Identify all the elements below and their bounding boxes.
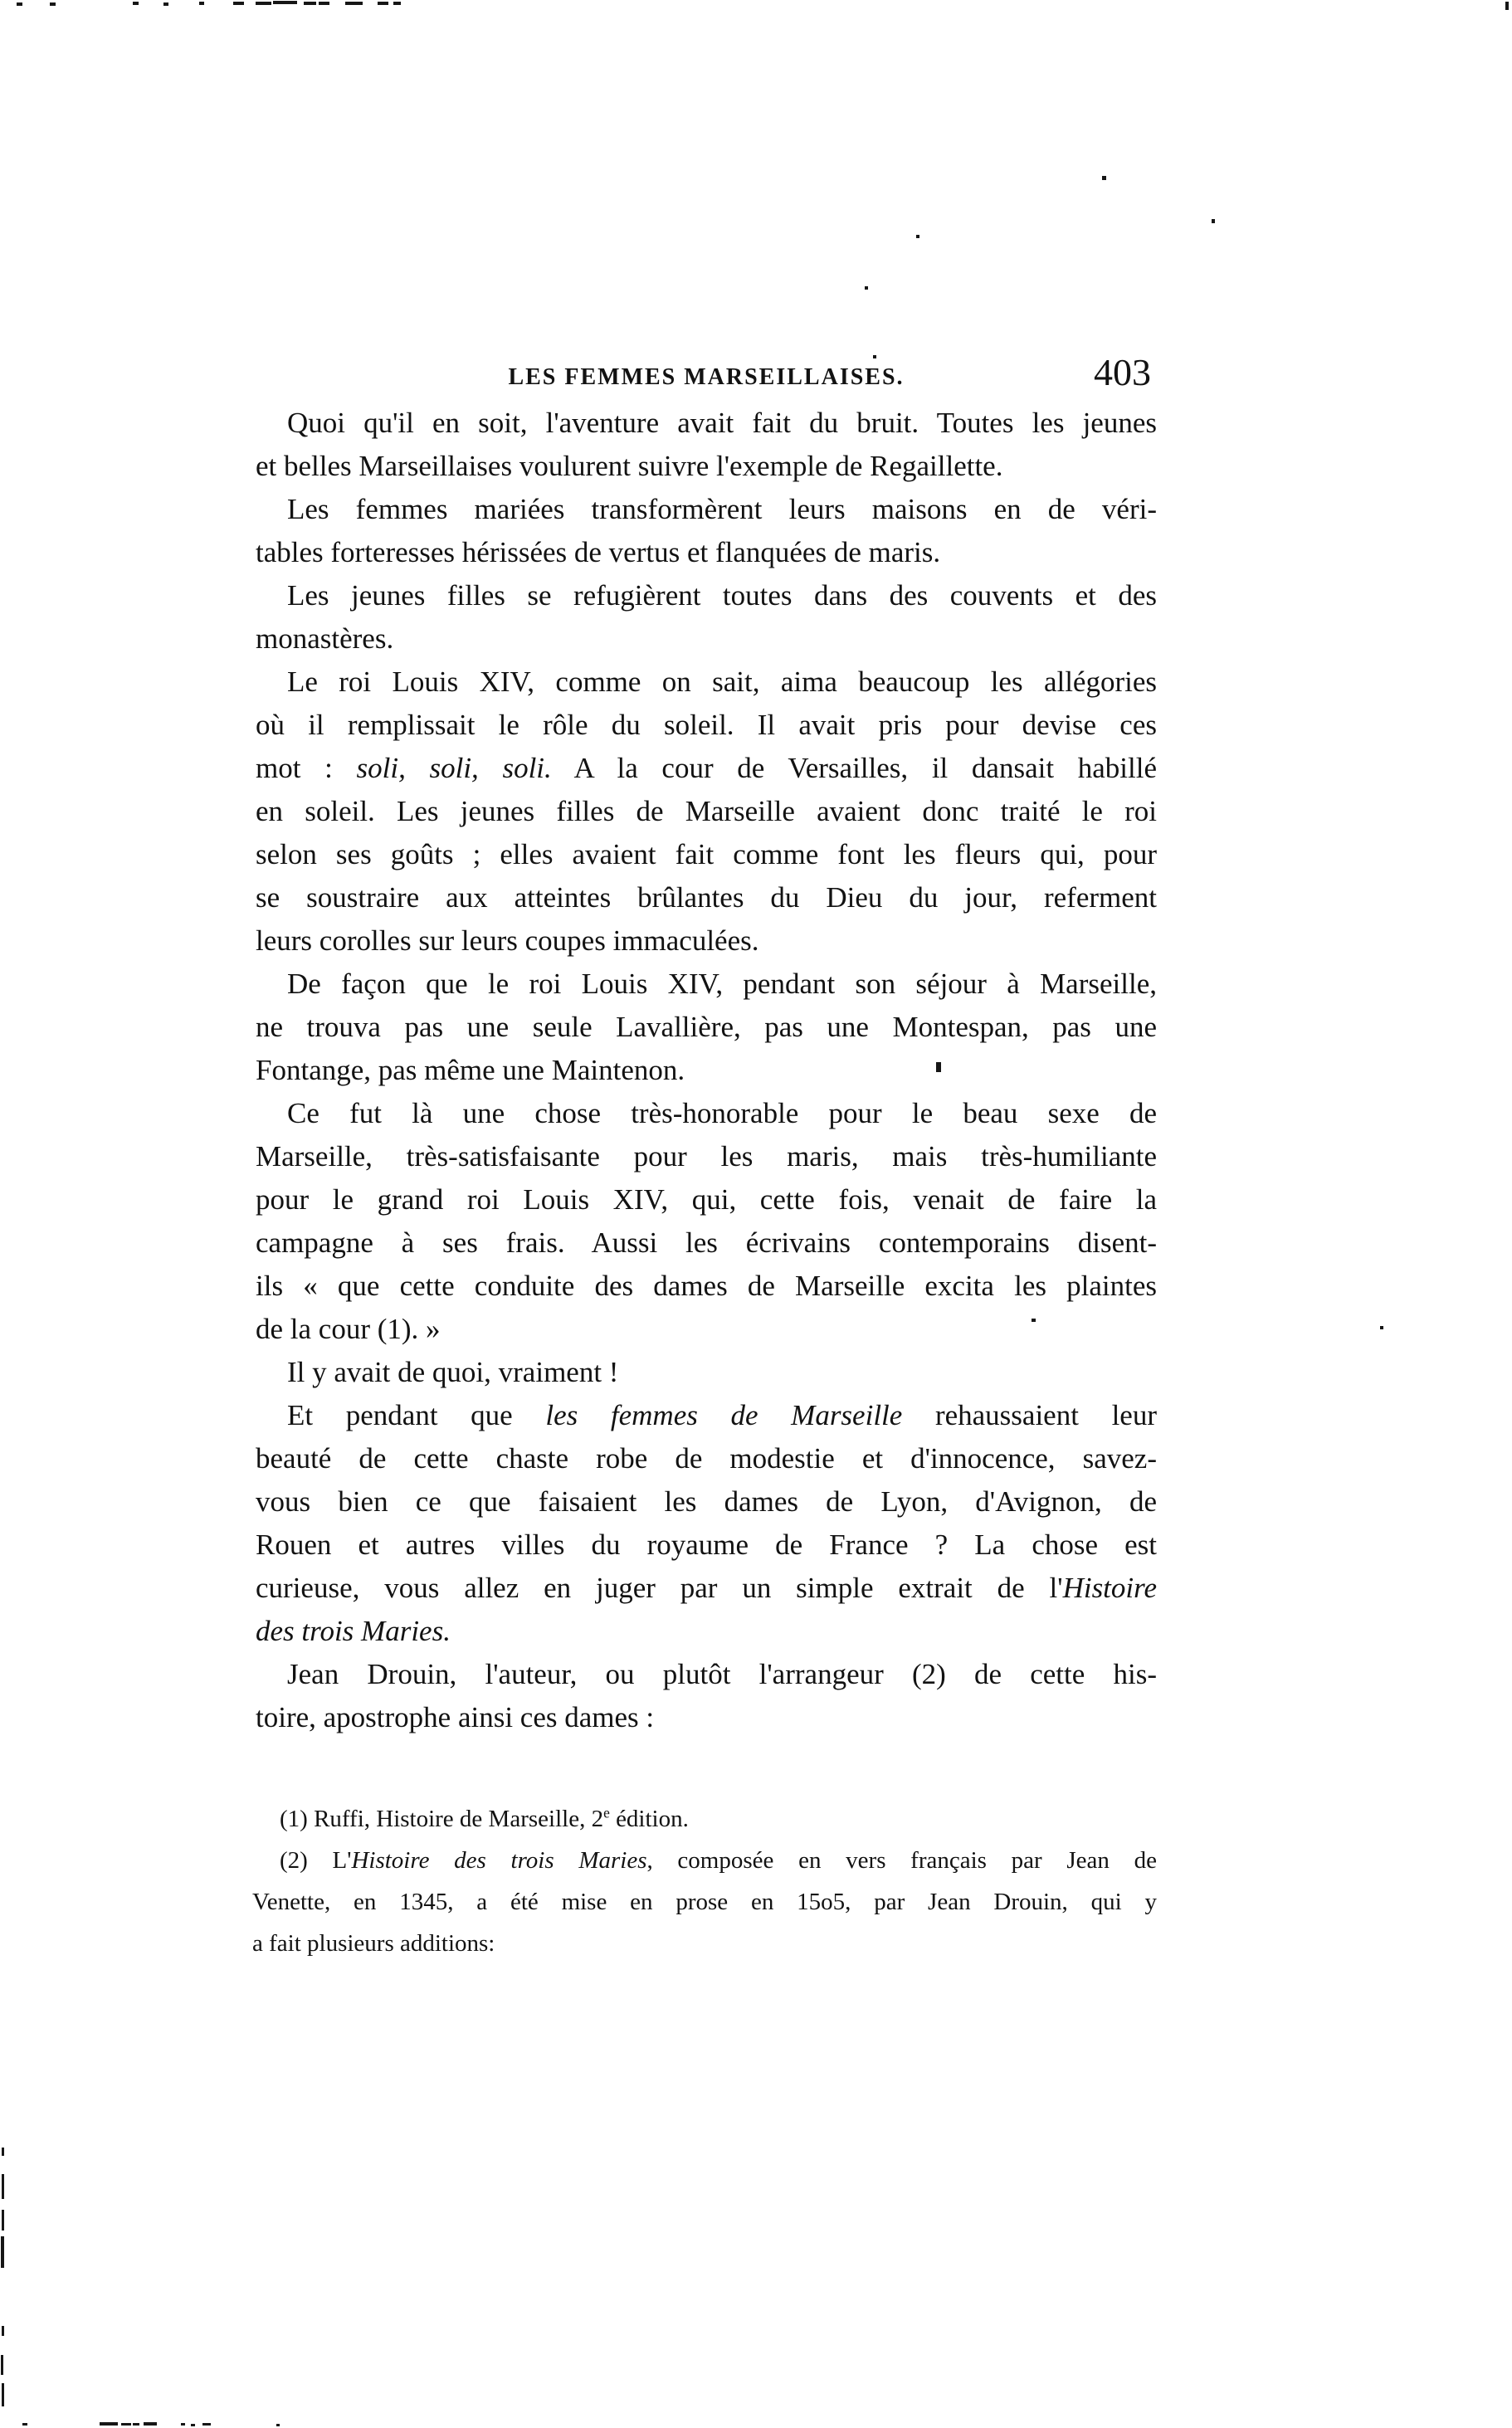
text-line: leurs corolles sur leurs coupes immaculé… (256, 919, 1157, 963)
body-text: Marseille, très-satisfaisante pour les m… (256, 1140, 1157, 1173)
text-line: a fait plusieurs additions: (252, 1923, 1157, 1964)
text-line: de la cour (1). » (256, 1308, 1157, 1351)
scan-artifact (202, 2423, 211, 2426)
text-line: des trois Maries. (256, 1610, 1157, 1653)
paragraph: Il y avait de quoi, vraiment ! (256, 1351, 1157, 1394)
italic-text: Histoire des trois Maries (351, 1847, 646, 1874)
text-line: Quoi qu'il en soit, l'aventure avait fai… (256, 402, 1157, 445)
text-line: toire, apostrophe ainsi ces dames : (256, 1696, 1157, 1739)
scan-artifact (393, 2, 401, 5)
body-text: pour le grand roi Louis XIV, qui, cette … (256, 1183, 1157, 1216)
paragraph: Quoi qu'il en soit, l'aventure avait fai… (256, 402, 1157, 488)
paragraph: Les jeunes filles se refugièrent toutes … (256, 574, 1157, 661)
body-text: selon ses goûts ; elles avaient fait com… (256, 838, 1157, 870)
scan-artifact (133, 2, 139, 5)
text-line: ils « que cette conduite des dames de Ma… (256, 1265, 1157, 1308)
scan-artifact (17, 2, 22, 6)
body-text: Quoi qu'il en soit, l'aventure avait fai… (287, 407, 1157, 439)
scan-artifact (273, 1, 297, 4)
scan-artifact (256, 2, 271, 5)
italic-text: les femmes de Marseille (545, 1399, 902, 1431)
scan-artifact (1380, 1326, 1383, 1329)
body-text: A la cour de Versailles, il dansait habi… (552, 752, 1157, 784)
body-text: ne trouva pas une seule Lavallière, pas … (256, 1011, 1157, 1043)
text-line: beauté de cette chaste robe de modestie … (256, 1437, 1157, 1480)
footnote-block: (1) Ruffi, Histoire de Marseille, 2e édi… (252, 1798, 1157, 1964)
paragraph: Et pendant que les femmes de Marseille r… (256, 1394, 1157, 1653)
text-line: monastères. (256, 617, 1157, 661)
body-text: De façon que le roi Louis XIV, pendant s… (287, 968, 1157, 1000)
text-line: pour le grand roi Louis XIV, qui, cette … (256, 1178, 1157, 1221)
text-line: en soleil. Les jeunes filles de Marseill… (256, 790, 1157, 833)
text-line: ne trouva pas une seule Lavallière, pas … (256, 1006, 1157, 1049)
paragraph: Les femmes mariées transformèrent leurs … (256, 488, 1157, 574)
text-line: (1) Ruffi, Histoire de Marseille, 2e édi… (252, 1798, 1157, 1840)
scan-artifact (936, 1062, 941, 1072)
text-line: Le roi Louis XIV, comme on sait, aima be… (256, 661, 1157, 704)
paragraph: De façon que le roi Louis XIV, pendant s… (256, 963, 1157, 1092)
scan-artifact (100, 2422, 118, 2426)
scan-artifact (133, 2423, 139, 2426)
body-text: se soustraire aux atteintes brûlantes du… (256, 881, 1157, 914)
body-text: vous bien ce que faisaient les dames de … (256, 1485, 1157, 1518)
scan-artifact (276, 2424, 280, 2426)
scan-artifact (121, 2423, 131, 2426)
scan-artifact (345, 2, 363, 5)
body-text: (1) Ruffi, Histoire de Marseille, 2 (280, 1806, 603, 1832)
scan-artifact (191, 2424, 195, 2426)
body-text: Fontange, pas même une Maintenon. (256, 1054, 685, 1086)
text-line: campagne à ses frais. Aussi les écrivain… (256, 1221, 1157, 1265)
body-text: Les jeunes filles se refugièrent toutes … (287, 579, 1157, 612)
text-line: De façon que le roi Louis XIV, pendant s… (256, 963, 1157, 1006)
body-text: toire, apostrophe ainsi ces dames : (256, 1701, 654, 1733)
scan-artifact (1102, 176, 1106, 180)
superscript-text: e (603, 1804, 610, 1821)
scan-artifact (1505, 2, 1509, 10)
text-line: Rouen et autres villes du royaume de Fra… (256, 1524, 1157, 1567)
scan-artifact (319, 2, 329, 5)
scan-artifact (916, 235, 919, 238)
scan-artifact (163, 2, 168, 6)
text-line: Ce fut là une chose très-honorable pour … (256, 1092, 1157, 1135)
text-line: et belles Marseillaises voulurent suivre… (256, 445, 1157, 488)
body-text: rehaussaient leur (902, 1399, 1157, 1431)
text-line: curieuse, vous allez en juger par un sim… (256, 1567, 1157, 1610)
scan-artifact (2, 2383, 4, 2406)
body-text: beauté de cette chaste robe de modestie … (256, 1442, 1157, 1475)
body-text: leurs corolles sur leurs coupes immaculé… (256, 924, 758, 957)
text-line: Venette, en 1345, a été mise en prose en… (252, 1881, 1157, 1923)
footnote: (2) L'Histoire des trois Maries, composé… (252, 1840, 1157, 1964)
footnote: (1) Ruffi, Histoire de Marseille, 2e édi… (252, 1798, 1157, 1840)
body-text: de la cour (1). » (256, 1313, 441, 1345)
body-text: Ce fut là une chose très-honorable pour … (287, 1097, 1157, 1129)
scan-artifact (181, 2423, 185, 2426)
text-line: tables forteresses hérissées de vertus e… (256, 531, 1157, 574)
body-text: édition. (610, 1806, 689, 1832)
scan-artifact (22, 2423, 27, 2426)
text-line: où il remplissait le rôle du soleil. Il … (256, 704, 1157, 747)
body-text: mot : (256, 752, 357, 784)
text-line: se soustraire aux atteintes brûlantes du… (256, 876, 1157, 919)
body-text: Le roi Louis XIV, comme on sait, aima be… (287, 666, 1157, 698)
italic-text: des trois Maries. (256, 1615, 451, 1647)
body-text: Venette, en 1345, a été mise en prose en… (252, 1889, 1157, 1915)
body-text: tables forteresses hérissées de vertus e… (256, 536, 940, 568)
text-line: Jean Drouin, l'auteur, ou plutôt l'arran… (256, 1653, 1157, 1696)
scan-artifact (873, 355, 876, 358)
scan-artifact (1, 2236, 4, 2268)
body-text: Les femmes mariées transformèrent leurs … (287, 493, 1157, 525)
text-line: Les jeunes filles se refugièrent toutes … (256, 574, 1157, 617)
paragraph: Ce fut là une chose très-honorable pour … (256, 1092, 1157, 1351)
body-text: campagne à ses frais. Aussi les écrivain… (256, 1226, 1157, 1259)
text-block: Quoi qu'il en soit, l'aventure avait fai… (256, 402, 1157, 1739)
scan-artifact (199, 2, 204, 5)
scan-artifact (233, 2, 244, 5)
running-header-title: LES FEMMES MARSEILLAISES. (256, 365, 1157, 390)
body-text: monastères. (256, 622, 393, 655)
body-text: Et pendant que (287, 1399, 545, 1431)
scan-artifact (304, 2, 316, 5)
paragraph: Jean Drouin, l'auteur, ou plutôt l'arran… (256, 1653, 1157, 1739)
body-text: ils « que cette conduite des dames de Ma… (256, 1270, 1157, 1302)
scan-artifact (1212, 219, 1215, 223)
body-text: en soleil. Les jeunes filles de Marseill… (256, 795, 1157, 827)
body-text: Jean Drouin, l'auteur, ou plutôt l'arran… (287, 1658, 1157, 1690)
text-line: Fontange, pas même une Maintenon. (256, 1049, 1157, 1092)
scan-artifact (2, 2174, 4, 2199)
text-line: Et pendant que les femmes de Marseille r… (256, 1394, 1157, 1437)
scan-artifact (1032, 1319, 1036, 1322)
body-text: (2) L' (280, 1847, 351, 1874)
scan-artifact (1, 2355, 3, 2375)
body-text: où il remplissait le rôle du soleil. Il … (256, 709, 1157, 741)
text-line: Il y avait de quoi, vraiment ! (256, 1351, 1157, 1394)
text-line: mot : soli, soli, soli. A la cour de Ver… (256, 747, 1157, 790)
scanned-book-page: LES FEMMES MARSEILLAISES. 403 Quoi qu'il… (0, 0, 1512, 2428)
text-line: (2) L'Histoire des trois Maries, composé… (252, 1840, 1157, 1881)
scan-artifact (50, 2, 56, 6)
scan-artifact (144, 2422, 157, 2426)
italic-text: soli, soli, soli. (357, 752, 552, 784)
body-text: Rouen et autres villes du royaume de Fra… (256, 1528, 1157, 1561)
scan-artifact (865, 286, 868, 290)
body-text: Il y avait de quoi, vraiment ! (287, 1356, 618, 1388)
scan-artifact (378, 2, 388, 5)
italic-text: Histoire (1063, 1572, 1157, 1604)
text-line: Les femmes mariées transformèrent leurs … (256, 488, 1157, 531)
text-line: selon ses goûts ; elles avaient fait com… (256, 833, 1157, 876)
body-text: et belles Marseillaises voulurent suivre… (256, 450, 1002, 482)
page-number: 403 (1094, 353, 1160, 392)
body-text: , composée en vers français par Jean de (646, 1847, 1157, 1874)
scan-artifact (2, 2210, 4, 2231)
paragraph: Le roi Louis XIV, comme on sait, aima be… (256, 661, 1157, 963)
scan-artifact (2, 2148, 4, 2156)
body-text: curieuse, vous allez en juger par un sim… (256, 1572, 1063, 1604)
body-text: a fait plusieurs additions: (252, 1930, 495, 1957)
scan-artifact (2, 2326, 4, 2336)
text-line: vous bien ce que faisaient les dames de … (256, 1480, 1157, 1524)
text-line: Marseille, très-satisfaisante pour les m… (256, 1135, 1157, 1178)
